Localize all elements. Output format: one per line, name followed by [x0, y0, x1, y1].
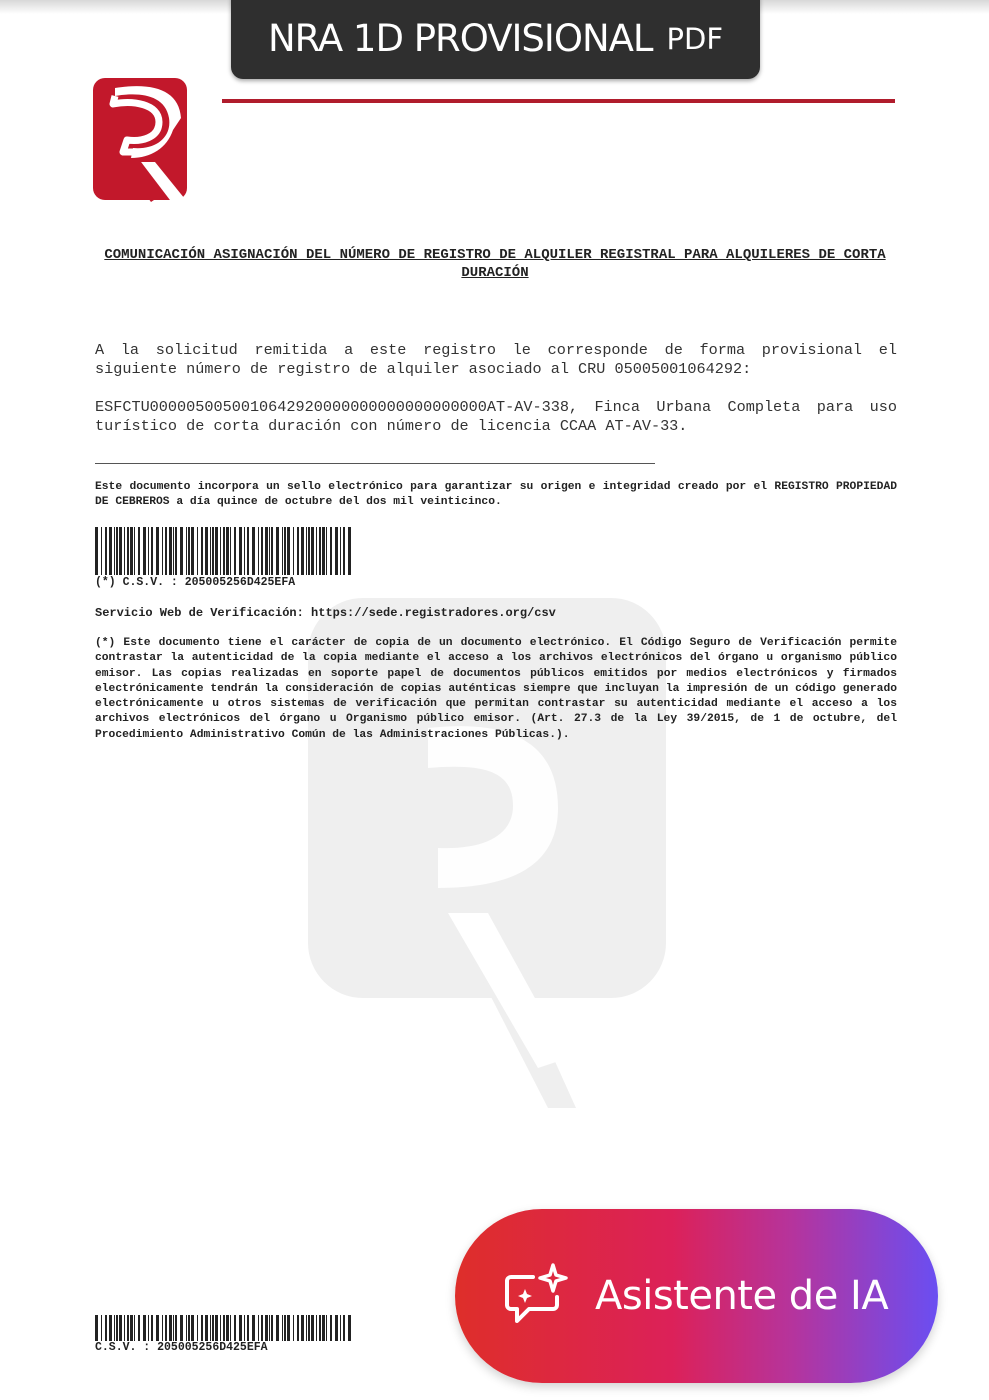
ai-assistant-button[interactable]: Asistente de IA [455, 1209, 938, 1383]
electronic-seal-text: Este documento incorpora un sello electr… [95, 480, 897, 511]
verification-service-link[interactable]: Servicio Web de Verificación: https://se… [95, 606, 897, 621]
legal-note: (*) Este documento tiene el carácter de … [95, 636, 897, 743]
file-name: NRA 1D PROVISIONAL [268, 17, 653, 60]
footer-csv-code: C.S.V. : 205005256D425EFA [95, 1341, 268, 1354]
footer-csv-barcode [95, 1315, 357, 1341]
assignment-paragraph: A la solicitud remitida a este registro … [95, 341, 897, 379]
file-type: PDF [667, 22, 724, 56]
registration-number-paragraph: ESFCTU0000050050010642920000000000000000… [95, 398, 897, 436]
document-title-bar[interactable]: NRA 1D PROVISIONAL PDF [231, 0, 760, 79]
registradores-logo-icon [93, 78, 189, 204]
signature-divider [95, 463, 655, 464]
header-rule [222, 99, 895, 103]
document-heading: COMUNICACIÓN ASIGNACIÓN DEL NÚMERO DE RE… [95, 246, 895, 282]
ai-assistant-label: Asistente de IA [595, 1273, 888, 1319]
csv-barcode [95, 527, 357, 575]
ai-chat-sparkle-icon [503, 1263, 569, 1329]
csv-code: (*) C.S.V. : 205005256D425EFA [95, 576, 295, 589]
